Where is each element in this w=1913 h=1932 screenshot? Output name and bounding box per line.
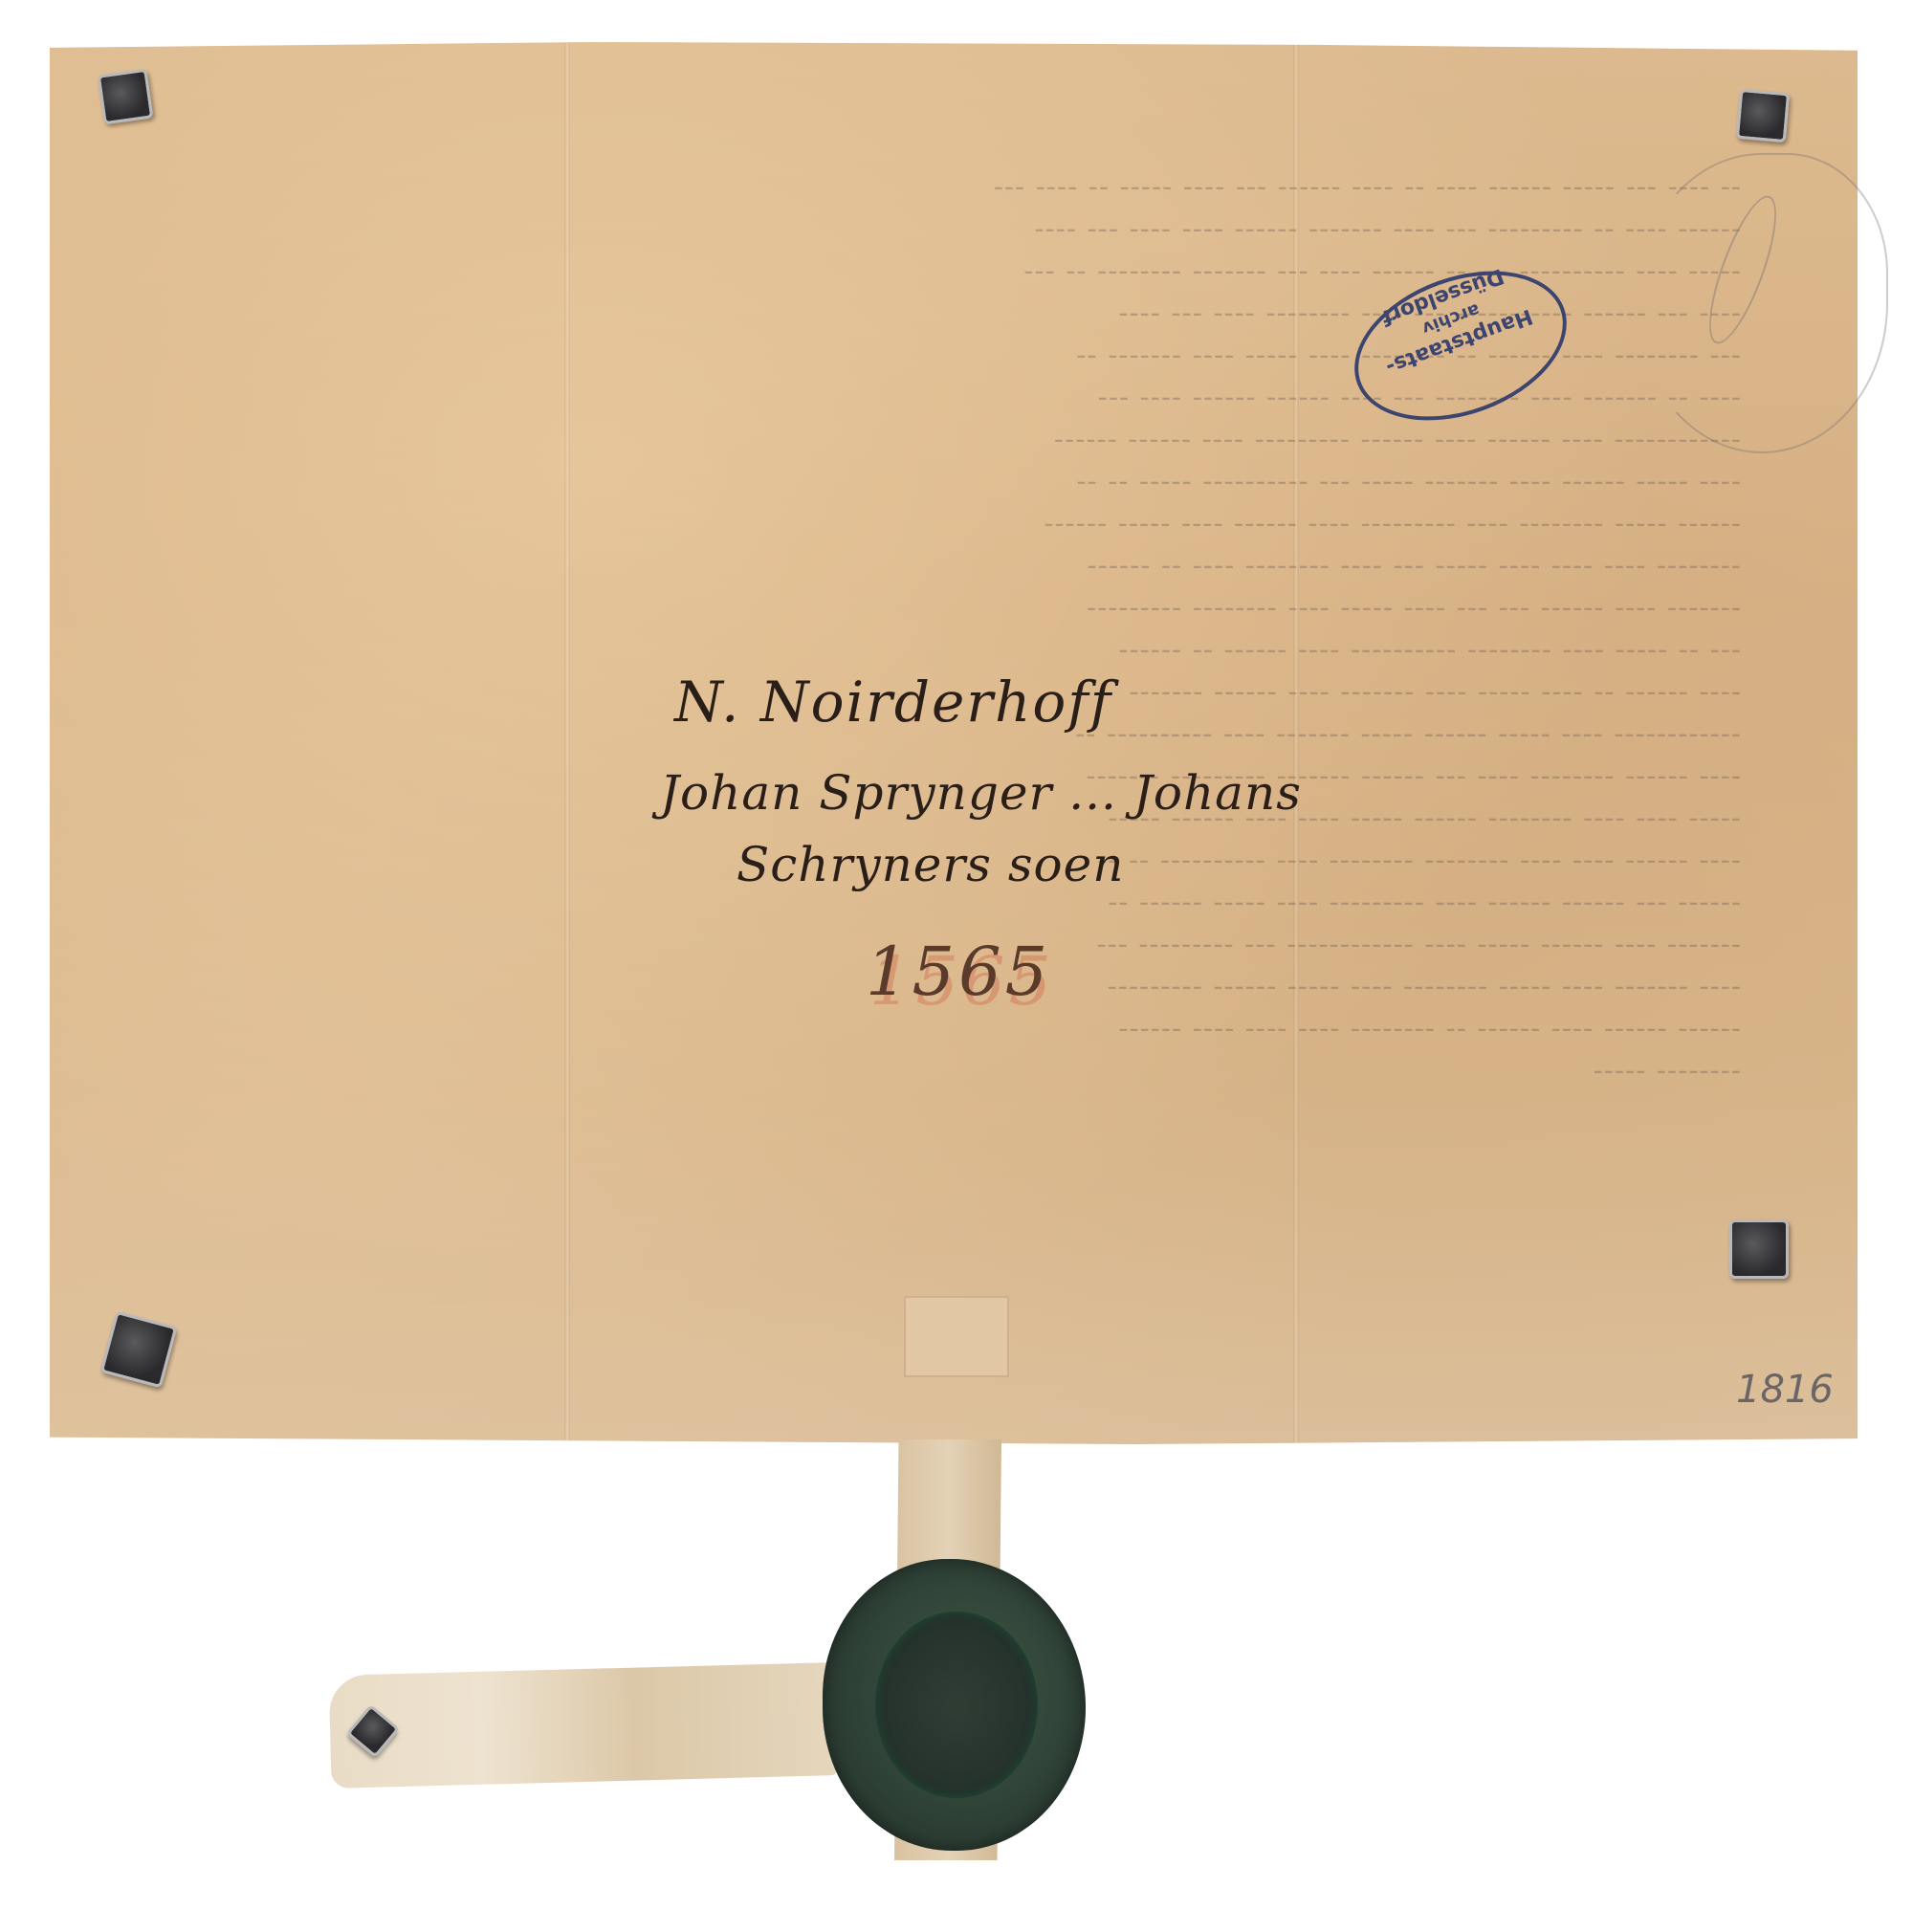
- parchment-patch: [904, 1296, 1009, 1377]
- seal-strip-horizontal: [329, 1662, 839, 1789]
- shelf-number: 1816: [1736, 1368, 1834, 1412]
- endorsement-line-2: Johan Sprynger ... Johans: [660, 765, 1302, 821]
- endorsement-line-1: N. Noirderhoff: [674, 670, 1112, 735]
- seal-impression: [875, 1612, 1038, 1798]
- magnet-top-right-icon: [1736, 89, 1790, 143]
- endorsement-line-3: Schryners soen: [737, 837, 1124, 892]
- magnet-bottom-right-icon: [1729, 1219, 1789, 1279]
- document-year: 1565: [866, 933, 1051, 1011]
- wax-seal: [823, 1559, 1086, 1851]
- magnet-top-left-icon: [98, 69, 154, 125]
